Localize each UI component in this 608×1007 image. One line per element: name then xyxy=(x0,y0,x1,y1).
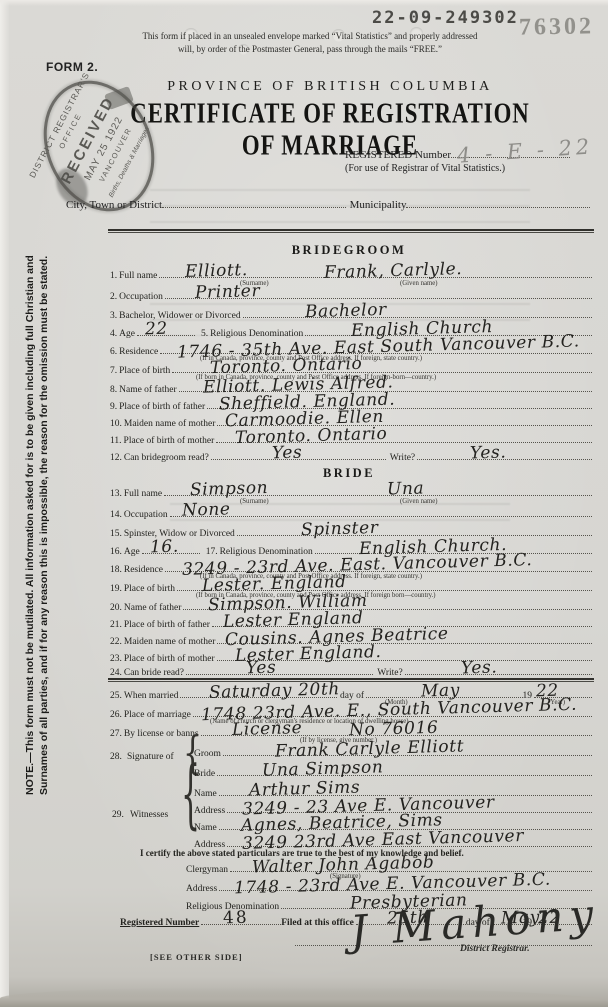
bridegroom-can-read: Yes xyxy=(272,443,303,464)
witness-2-address-line: 3249 23rd Ave East Vancouver xyxy=(227,835,592,847)
field-1-line: Elliott. Frank, Carlyle. xyxy=(159,266,592,278)
bridegroom-mother-birthplace: Toronto. Ontario xyxy=(235,424,388,448)
field-11-line: Toronto. Ontario xyxy=(216,431,592,443)
field-19-no: 19. xyxy=(110,584,124,594)
field-4-no: 4. xyxy=(110,329,119,339)
field-12-line1: Yes xyxy=(211,448,386,460)
field-10-label: Maiden name of mother xyxy=(124,419,218,429)
field-3-line: Bachelor xyxy=(243,306,592,318)
field-15-no: 15. xyxy=(110,529,124,539)
field-29-no: 29. xyxy=(112,810,124,820)
field-20-line: Simpson. William xyxy=(183,598,592,610)
bridegroom-given: Frank, Carlyle. xyxy=(324,259,463,283)
bride-age: 16. xyxy=(149,537,178,558)
bridegroom-age: 22 xyxy=(145,319,168,340)
field-26-label: Place of marriage xyxy=(124,710,193,720)
field-1-label: Full name xyxy=(119,271,159,281)
clergyman-label: Clergyman xyxy=(186,865,230,875)
bride-given: Una xyxy=(386,478,424,499)
field-7-label: Place of birth xyxy=(119,366,172,376)
field-12-label: Can bridegroom read? xyxy=(124,453,211,463)
field-2-label: Occupation xyxy=(119,292,165,302)
field-7-no: 7. xyxy=(110,366,119,376)
field-16-line: 16. xyxy=(142,542,200,554)
field-19-label: Place of birth xyxy=(124,584,177,594)
license-word: License xyxy=(232,718,303,740)
field-1-sub2: (Given name) xyxy=(400,280,438,287)
field-14-line: None xyxy=(170,505,592,517)
field-24-no: 24. xyxy=(110,668,124,678)
field-16-no: 16. xyxy=(110,547,124,557)
bridegroom-can-write: Yes. xyxy=(469,442,506,463)
clergyman-address-line: 1748 - 23rd Ave E. Vancouver B.C. xyxy=(219,879,592,891)
field-28-label: Signature of xyxy=(127,752,174,762)
bridegroom-surname: Elliott. xyxy=(185,260,248,282)
field-10-line: Carmoodie. Ellen xyxy=(217,414,592,426)
section-divider xyxy=(108,678,594,682)
field-14-label: Occupation xyxy=(124,510,170,520)
field-13-sub1: (Surname) xyxy=(240,498,269,505)
field-11-no: 11. xyxy=(110,436,124,446)
clergyman-address-label: Address xyxy=(186,884,219,894)
field-7-line: Toronto. Ontario xyxy=(172,361,592,373)
field-11-label: Place of birth of mother xyxy=(124,436,217,446)
field-12-no: 12. xyxy=(110,453,124,463)
field-5-label: Religious Denomination xyxy=(210,329,305,339)
footer-registered-number-label: Registered Number xyxy=(120,918,201,928)
registered-number-row: REGISTERED Number 4 - E - 22 xyxy=(345,146,570,161)
field-18-no: 18. xyxy=(110,565,124,575)
see-other-side: [SEE OTHER SIDE] xyxy=(150,952,243,962)
field-22-no: 22. xyxy=(110,637,124,647)
field-13-label: Full name xyxy=(124,489,164,499)
city-district-label: City, Town or District xyxy=(66,199,162,211)
bride-signature: Una Simpson xyxy=(262,757,384,780)
field-1-no: 1. xyxy=(110,271,119,281)
field-12-line2: Yes. xyxy=(417,448,592,460)
field-2-line: Printer xyxy=(165,287,592,299)
field-21-no: 21. xyxy=(110,620,124,630)
field-13-no: 13. xyxy=(110,489,124,499)
field-24-line2: Yes. xyxy=(405,663,592,675)
field-25-label: When married xyxy=(124,691,181,701)
field-22-label: Maiden name of mother xyxy=(124,637,218,647)
field-6-label: Residence xyxy=(119,347,160,357)
field-21-label: Place of birth of father xyxy=(124,620,212,630)
witness-2-name-line: Agnes, Beatrice, Sims xyxy=(219,818,592,830)
bride-can-read: Yes xyxy=(246,658,277,679)
field-20-no: 20. xyxy=(110,603,124,613)
bride-surname: Simpson xyxy=(190,478,269,500)
scan-edge-top xyxy=(0,0,608,6)
field-24-label: Can bride read? xyxy=(124,668,186,678)
field-4-line: 22 xyxy=(137,324,195,336)
bride-can-write: Yes. xyxy=(461,657,498,678)
field-3-no: 3. xyxy=(110,311,119,321)
field-10-no: 10. xyxy=(110,419,124,429)
scan-edge-bottom xyxy=(0,987,608,1007)
field-26-no: 26. xyxy=(110,710,124,720)
field-8-label: Name of father xyxy=(119,385,179,395)
marriage-certificate-scan: 22-09-249302 76302 This form if placed i… xyxy=(0,0,608,1007)
bride-status: Spinster xyxy=(300,518,378,540)
city-district-row: City, Town or District Municipality xyxy=(66,196,590,211)
batch-number-stamp: 22-09-249302 xyxy=(372,8,519,28)
municipality-label: Municipality xyxy=(346,199,407,211)
bride-signature-line: Una Simpson xyxy=(217,764,592,776)
witness-2-name-label: Name xyxy=(194,823,219,833)
field-15-line: Spinster xyxy=(237,524,592,536)
bride-heading: BRIDE xyxy=(110,466,588,481)
field-3-label: Bachelor, Widower or Divorced xyxy=(119,311,242,321)
margin-note: NOTE.—This form must not be mutilated. A… xyxy=(24,243,51,795)
bridegroom-occupation: Printer xyxy=(195,281,261,303)
footer-registered-number: 48 xyxy=(223,908,249,929)
field-6-no: 6. xyxy=(110,347,119,357)
field-19-line: Lester. England xyxy=(177,579,592,591)
field-20-label: Name of father xyxy=(124,603,184,613)
field-29-label: Witnesses xyxy=(130,810,168,820)
field-13-sub2: (Given name) xyxy=(400,498,438,505)
field-4-label: Age xyxy=(119,329,137,339)
groom-signature-line: Frank Carlyle Elliott xyxy=(223,744,592,756)
field-12-mid: Write? xyxy=(386,453,417,463)
field-26-line: 1748 23rd Ave. E., South Vancouver B.C. xyxy=(193,705,592,717)
field-27-line: License No 76016 xyxy=(201,724,592,736)
field-9-line: Sheffield. England. xyxy=(207,397,592,409)
footer-registered-number-line: 48 xyxy=(201,913,281,925)
bridegroom-status: Bachelor xyxy=(305,300,387,322)
postal-notice-line2: will, by order of the Postmaster General… xyxy=(90,43,530,56)
field-16-label: Age xyxy=(124,547,142,557)
field-9-label: Place of birth of father xyxy=(119,402,207,412)
field-25-line1: Saturday 20th xyxy=(180,686,337,698)
witness-1-name-label: Name xyxy=(194,789,219,799)
field-9-no: 9. xyxy=(110,402,119,412)
field-18-line: 3249 - 23rd Ave. East. Vancouver B.C. xyxy=(165,560,592,572)
field-25-no: 25. xyxy=(110,691,124,701)
district-registrar-label: District Registrar. xyxy=(460,944,530,954)
field-15-label: Spinster, Widow or Divorced xyxy=(124,529,237,539)
field-14-no: 14. xyxy=(110,510,124,520)
field-24-mid: Write? xyxy=(373,668,404,678)
field-8-no: 8. xyxy=(110,385,119,395)
scan-edge-left xyxy=(0,0,9,1007)
field-22-line: Cousins. Agnes Beatrice xyxy=(217,632,592,644)
postal-notice-line1: This form if placed in an unsealed envel… xyxy=(90,30,530,43)
registered-number-label: REGISTERED Number xyxy=(345,149,451,161)
field-28-no: 28. xyxy=(110,752,122,762)
serial-number-stamp: 76302 xyxy=(519,13,594,41)
bride-occupation: None xyxy=(182,499,231,520)
bridegroom-heading: BRIDEGROOM xyxy=(110,243,588,258)
field-6-line: 1746 - 35th Ave. East South Vancouver B.… xyxy=(160,342,592,354)
field-5-no: 5. xyxy=(195,329,210,339)
field-2-no: 2. xyxy=(110,292,119,302)
city-district-field xyxy=(162,196,346,208)
field-25-mid: day of xyxy=(337,691,366,701)
filed-label: Filed at this office xyxy=(281,918,356,928)
postal-notice: This form if placed in an unsealed envel… xyxy=(90,30,530,56)
registrar-use-note: (For use of Registrar of Vital Statistic… xyxy=(345,163,505,174)
field-13-line: Simpson Una xyxy=(164,484,592,496)
municipality-field xyxy=(406,196,590,208)
witness-1-address-label: Address xyxy=(194,806,227,816)
field-24-line1: Yes xyxy=(186,663,373,675)
field-27-no: 27. xyxy=(110,729,124,739)
section-divider xyxy=(108,229,594,233)
marriage-day-date: Saturday 20th xyxy=(208,679,339,703)
field-17-label: Religious Denomination xyxy=(220,547,315,557)
field-17-no: 17. xyxy=(200,547,220,557)
field-18-label: Residence xyxy=(124,565,165,575)
